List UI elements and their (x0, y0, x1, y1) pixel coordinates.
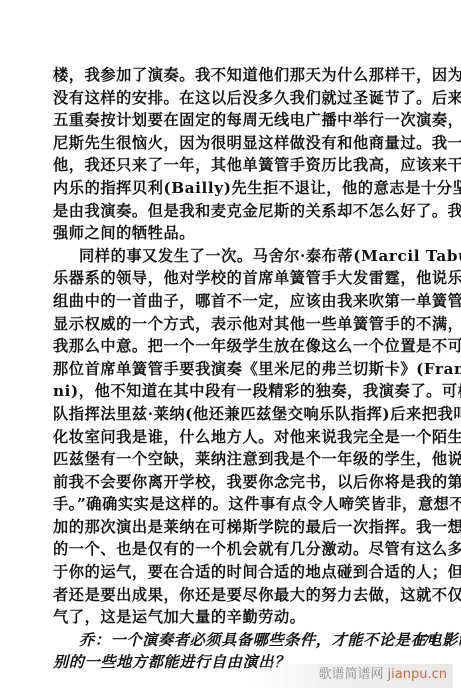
page-number: 171 (415, 633, 438, 650)
text-line: 是由我演奏。但是我和麦克金尼斯的关系却不怎么好了。我成了二位 (53, 200, 439, 223)
text-line: 者还是要出成果，你还是要尽你最大的努力去做，这就不仅是单纯的运 (53, 584, 439, 607)
watermark: 歌谱简谱网jianpu.cn (253, 664, 453, 688)
text-line: 尼斯先生很恼火，因为很明显这样做没有和他商量过。我一点也不责怪 (53, 132, 439, 155)
text-line: 加的那次演出是莱纳在可梯斯学院的最后一次指挥。我一想起这是我 (53, 516, 439, 539)
watermark-site-name: 歌谱简谱网 (319, 667, 384, 682)
text-line: 内乐的指挥贝利(Bailly)先生拒不退让，他的意志是十分坚决的，结果还 (53, 177, 439, 200)
text-line: 那位首席单簧管手要我演奏《里米尼的弗兰切斯卡》(Francesca da Rim… (53, 358, 439, 381)
text-line: 楼，我参加了演奏。我不知道他们那天为什么那样干，因为事先他们并 (53, 64, 439, 87)
text-line: 队指挥法里兹·莱纳(他还兼匹兹堡交响乐队指挥)后来把我叫到他的 (53, 403, 439, 426)
question-line: 乔：一个演奏者必须具备哪些条件，才能不论是在电影制片厂，还是 (53, 629, 439, 652)
text-line: 组曲中的一首曲子，哪首不一定，应该由我来吹第一单簧管手。这是他 (53, 290, 439, 313)
page-body: 楼，我参加了演奏。我不知道他们那天为什么那样干，因为事先他们并没有这样的安排。在… (53, 64, 439, 674)
text-line: 前我不会要你离开学校，我要你念完书，以后你将是我的第一单簧管 (53, 471, 439, 494)
text-line: 乐器系的领导，他对学校的首席单簧管手大发雷霆，他说乐队下次排演 (53, 267, 439, 290)
watermark-domain: jianpu.cn (388, 667, 447, 682)
text-line: 同样的事又发生了一次。马舍尔·泰布蒂(Marcil Tabutear)是木管 (53, 245, 439, 268)
text-line: 我那么中意。把一个一年级学生放在像这么一个位置是不可思议的。 (53, 335, 439, 358)
text-line: 气了，这是运气加大量的辛勤劳动。 (53, 606, 439, 629)
text-line: 手。”确确实实是这样的。这件事有点令人啼笑皆非，意想不到的是我参 (53, 493, 439, 516)
text-line: 五重奏按计划要在固定的每周无线电广播中举行一次演奏，这使麦克金 (53, 109, 439, 132)
text-line: ni)，他不知道在其中段有一段精彩的独奏，我演奏了。可梯斯当时的乐 (53, 380, 439, 403)
text-line: 化妆室问我是谁，什么地方人。对他来说我完全是一个陌生人。那一年 (53, 426, 439, 449)
text-line: 他，我还只来了一年，其他单簧管手资历比我高，应该来干这事。但是室 (53, 154, 439, 177)
text-line: 于你的运气，要在合适的时间合适的地点碰到合适的人；但是一个演奏 (53, 561, 439, 584)
text-line: 匹兹堡有一个空缺，莱纳注意到我是个一年级的学生，他说：“在你毕业 (53, 448, 439, 471)
text-line: 没有这样的安排。在这以后没多久我们就过圣诞节了。后来，莫扎特的 (53, 87, 439, 110)
text-line: 显示权威的一个方式，表示他对其他一些单簧管手的不满，倒不是他对 (53, 313, 439, 336)
text-line: 强师之间的牺牲品。 (53, 222, 439, 245)
text-line: 的一个、也是仅有的一个机会就有几分激动。尽管有这么多的东西取决 (53, 538, 439, 561)
